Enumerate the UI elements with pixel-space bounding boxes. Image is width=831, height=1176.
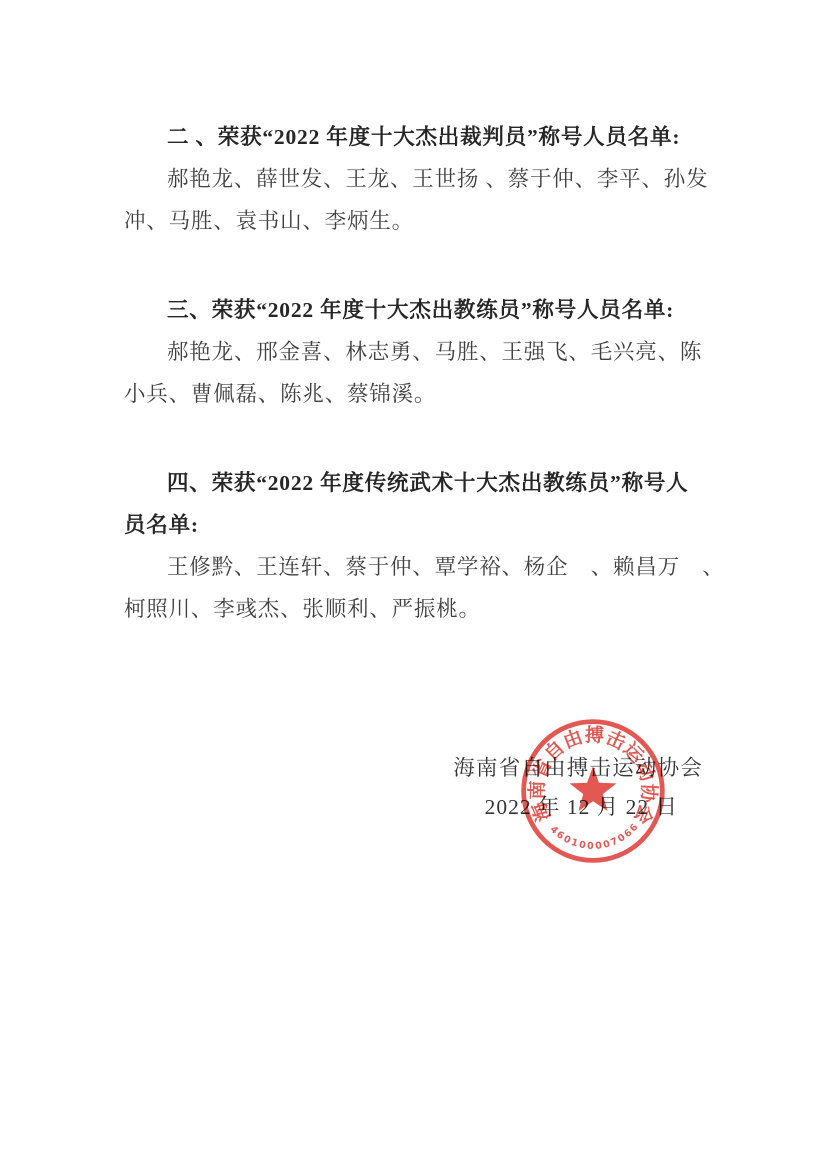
section-judges: 二 、荣获“2022 年度十大杰出裁判员”称号人员名单: 郝艳龙、薛世发、王龙、…	[124, 116, 764, 242]
section-traditional-coaches: 四、荣获“2022 年度传统武术十大杰出教练员”称号人 员名单: 王修黔、王连轩…	[124, 462, 764, 630]
section-coaches-title: 三、荣获“2022 年度十大杰出教练员”称号人员名单:	[124, 289, 764, 331]
section-judges-names: 郝艳龙、薛世发、王龙、王世扬 、蔡于仲、李平、孙发 冲、马胜、袁书山、李炳生。	[124, 158, 764, 242]
section-coaches: 三、荣获“2022 年度十大杰出教练员”称号人员名单: 郝艳龙、邢金喜、林志勇、…	[124, 289, 764, 415]
document-page: 二 、荣获“2022 年度十大杰出裁判员”称号人员名单: 郝艳龙、薛世发、王龙、…	[0, 0, 831, 1176]
section-coaches-names: 郝艳龙、邢金喜、林志勇、马胜、王强飞、毛兴亮、陈 小兵、曹佩磊、陈兆、蔡锦溪。	[124, 331, 764, 415]
seal-star-icon	[570, 766, 617, 811]
official-seal: 海南省自由搏击运动协会 4601000070667	[517, 715, 669, 867]
section-traditional-coaches-names: 王修黔、王连轩、蔡于仲、覃学裕、杨企 、赖昌万 、 柯照川、李彧杰、张顺利、严振…	[124, 546, 764, 630]
section-traditional-coaches-title: 四、荣获“2022 年度传统武术十大杰出教练员”称号人 员名单:	[124, 462, 764, 546]
section-judges-title: 二 、荣获“2022 年度十大杰出裁判员”称号人员名单:	[124, 116, 764, 158]
official-seal-graphic: 海南省自由搏击运动协会 4601000070667	[517, 715, 669, 867]
